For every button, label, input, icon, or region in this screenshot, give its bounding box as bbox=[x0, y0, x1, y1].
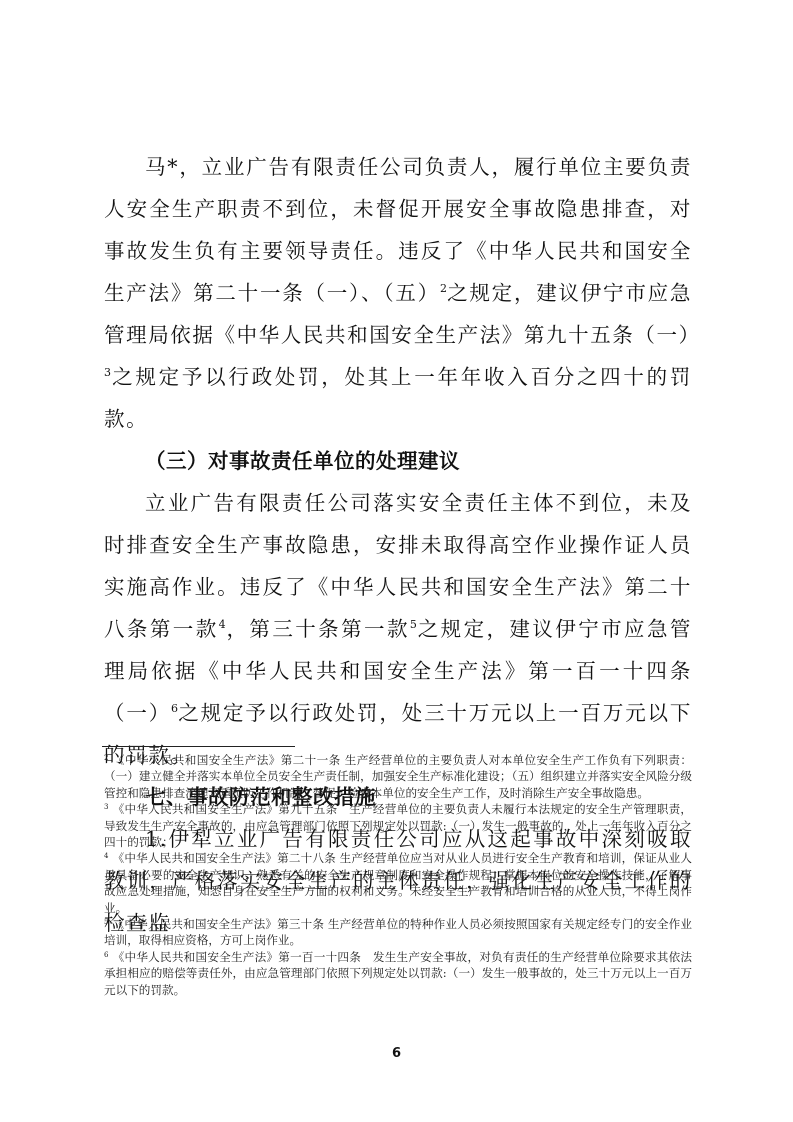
footnote-2: 2《中华人民共和国安全生产法》第二十一条 生产经营单位的主要负责人对本单位安全生… bbox=[104, 752, 692, 801]
footnote-ref-2[interactable]: 2 bbox=[440, 282, 447, 295]
footnote-text: 《中华人民共和国安全生产法》第三十条 生产经营单位的特种作业人员必须按照国家有关… bbox=[104, 917, 692, 947]
footnote-number: 5 bbox=[104, 918, 108, 926]
footnote-text: 《中华人民共和国安全生产法》第二十一条 生产经营单位的主要负责人对本单位安全生产… bbox=[104, 753, 692, 800]
footnote-text: 《中华人民共和国安全生产法》第二十八条 生产经营单位应当对从业人员进行安全生产教… bbox=[104, 851, 692, 914]
section-heading-3: （三）对事故责任单位的处理建议 bbox=[104, 440, 692, 482]
footnote-ref-6[interactable]: 6 bbox=[171, 702, 178, 715]
footnote-number: 3 bbox=[104, 803, 108, 811]
footnote-3: 3《中华人民共和国安全生产法》第九十五条 生产经营单位的主要负责人未履行本法规定… bbox=[104, 801, 692, 850]
document-page: 马*，立业广告有限责任公司负责人，履行单位主要负责人安全生产职责不到位，未督促开… bbox=[0, 0, 793, 1122]
footnote-number: 2 bbox=[104, 754, 108, 762]
paragraph-responsible-person: 马*，立业广告有限责任公司负责人，履行单位主要负责人安全生产职责不到位，未督促开… bbox=[104, 146, 692, 440]
footnote-number: 4 bbox=[104, 852, 108, 860]
footnote-ref-5[interactable]: 5 bbox=[410, 618, 417, 631]
footnote-6: 6《中华人民共和国安全生产法》第一百一十四条 发生生产安全事故，对负有责任的生产… bbox=[104, 949, 692, 998]
footnote-5: 5《中华人民共和国安全生产法》第三十条 生产经营单位的特种作业人员必须按照国家有… bbox=[104, 916, 692, 949]
paragraph-responsible-unit: 立业广告有限责任公司落实安全责任主体不到位，未及时排查安全生产事故隐患，安排未取… bbox=[104, 482, 692, 776]
footnote-separator bbox=[102, 746, 295, 747]
paragraph-text: 之规定予以行政处罚，处其上一年年收入百分之四十的罚款。 bbox=[104, 365, 692, 431]
footnote-text: 《中华人民共和国安全生产法》第一百一十四条 发生生产安全事故，对负有责任的生产经… bbox=[104, 950, 692, 997]
footnote-text: 《中华人民共和国安全生产法》第九十五条 生产经营单位的主要负责人未履行本法规定的… bbox=[104, 802, 692, 849]
paragraph-text: ，第三十条第一款 bbox=[226, 617, 410, 641]
page-number: 6 bbox=[0, 1046, 793, 1061]
footnote-ref-4[interactable]: 4 bbox=[219, 618, 226, 631]
footnote-number: 6 bbox=[104, 951, 108, 959]
footnote-4: 4《中华人民共和国安全生产法》第二十八条 生产经营单位应当对从业人员进行安全生产… bbox=[104, 850, 692, 916]
footnote-ref-3[interactable]: 3 bbox=[104, 366, 111, 379]
footnotes: 2《中华人民共和国安全生产法》第二十一条 生产经营单位的主要负责人对本单位安全生… bbox=[104, 752, 692, 998]
